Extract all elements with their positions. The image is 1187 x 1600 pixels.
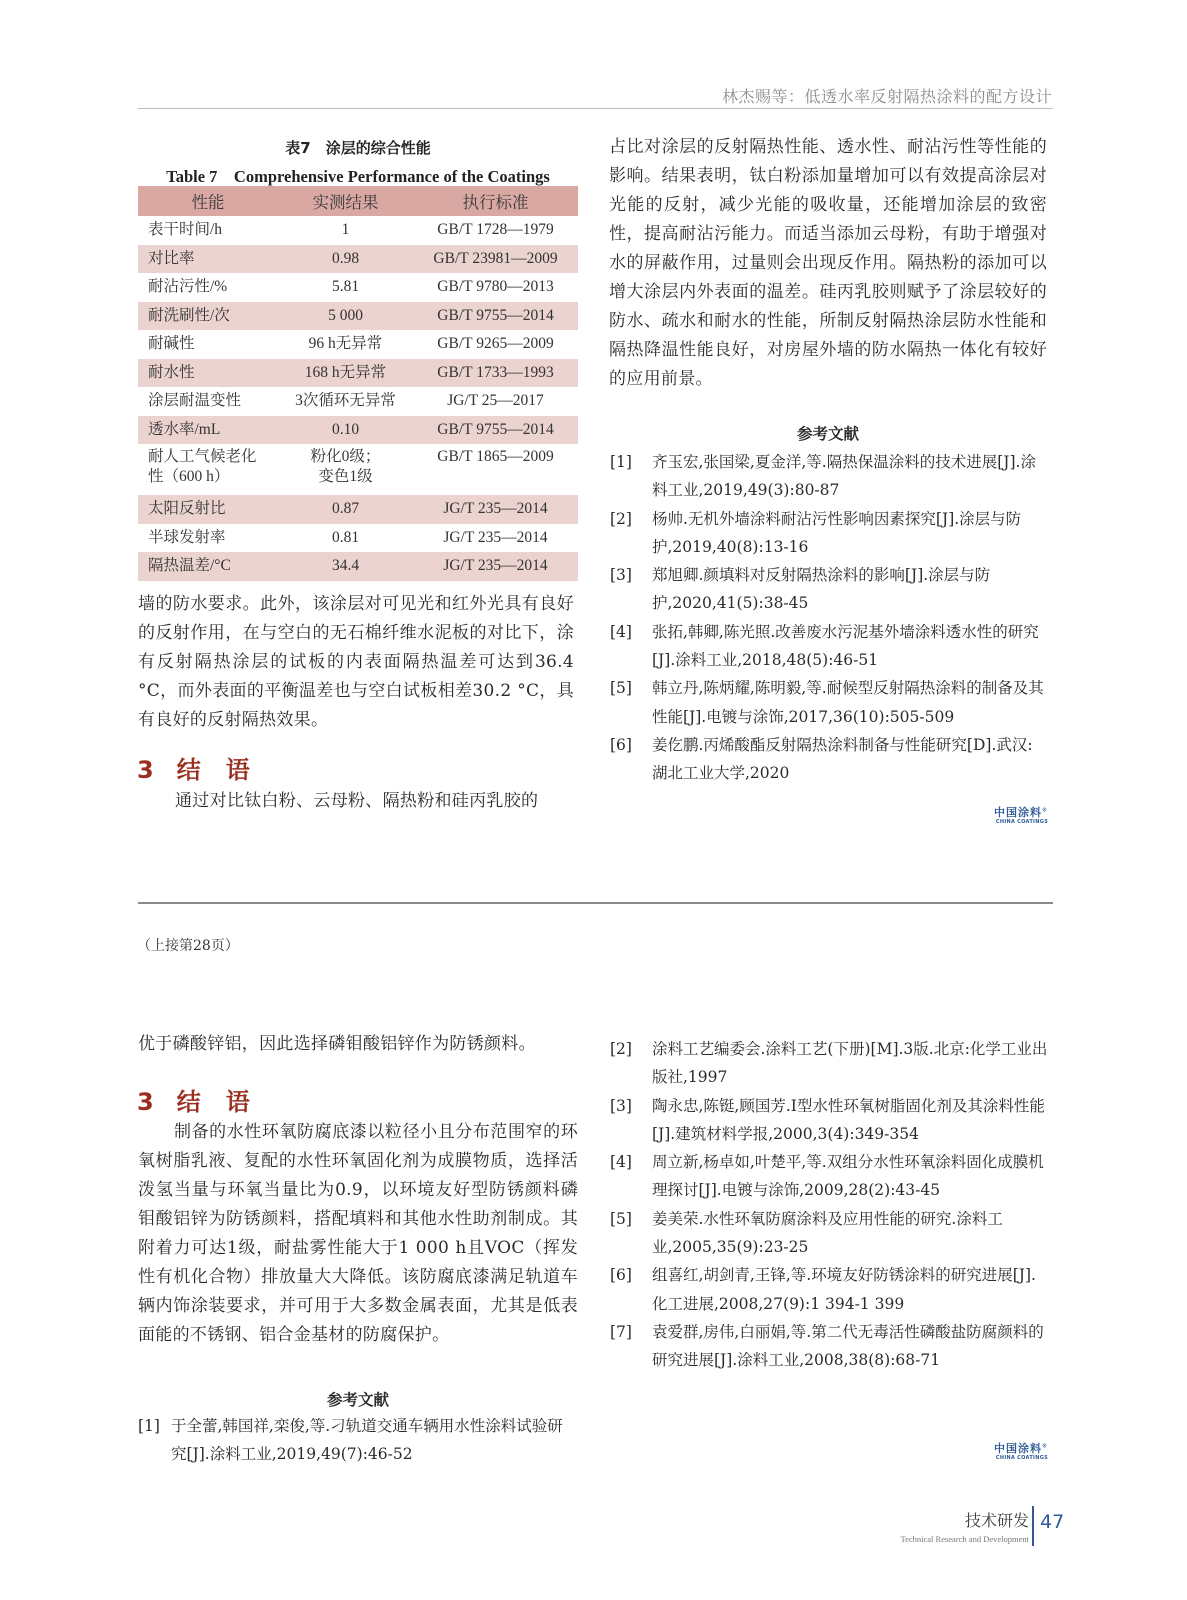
reference-text: 于全蕾,韩国祥,栾俊,等.刁轨道交通车辆用水性涂料试验研究[J].涂料工业,20… xyxy=(171,1417,563,1463)
continuation-note: （上接第28页） xyxy=(137,935,239,955)
column-header-standard: 执行标准 xyxy=(413,186,578,216)
registered-mark-icon: ® xyxy=(1042,807,1048,813)
reference-text: 周立新,杨卓如,叶楚平,等.双组分水性环氧涂料固化成膜机理探讨[J].电镀与涂饰… xyxy=(652,1153,1044,1199)
cell-measured: 0.98 xyxy=(278,245,413,274)
table-row: 涂层耐温变性 3次循环无异常 JG/T 25—2017 xyxy=(138,387,578,416)
cell-property: 半球发射率 xyxy=(138,524,278,553)
reference-number: [7] xyxy=(610,1318,632,1346)
cell-measured: 0.10 xyxy=(278,416,413,445)
reference-number: [3] xyxy=(610,561,632,589)
reference-item: [6]组喜红,胡剑青,王锋,等.环境友好防锈涂料的研究进展[J].化工进展,20… xyxy=(610,1261,1048,1318)
logo-text-cn: 中国涂料 xyxy=(994,806,1042,819)
reference-number: [2] xyxy=(610,505,632,533)
cell-standard: GB/T 1865—2009 xyxy=(413,444,578,495)
table-row: 耐洗刷性/次 5 000 GB/T 9755—2014 xyxy=(138,302,578,331)
cell-measured: 5.81 xyxy=(278,273,413,302)
table-row: 隔热温差/°C 34.4 JG/T 235—2014 xyxy=(138,552,578,581)
cell-standard: GB/T 1728—1979 xyxy=(413,216,578,245)
cell-property: 耐水性 xyxy=(138,359,278,388)
cell-property: 太阳反射比 xyxy=(138,495,278,524)
cell-measured: 5 000 xyxy=(278,302,413,331)
reference-number: [6] xyxy=(610,731,632,759)
reference-text: 韩立丹,陈炳耀,陈明毅,等.耐候型反射隔热涂料的制备及其性能[J].电镀与涂饰,… xyxy=(652,679,1044,725)
running-title: 林杰赐等：低透水率反射隔热涂料的配方设计 xyxy=(722,84,1052,107)
cell-measured: 3次循环无异常 xyxy=(278,387,413,416)
table-row: 透水率/mL 0.10 GB/T 9755—2014 xyxy=(138,416,578,445)
table-row: 耐沾污性/% 5.81 GB/T 9780—2013 xyxy=(138,273,578,302)
reference-text: 姜仡鹏.丙烯酸酯反射隔热涂料制备与性能研究[D].武汉:湖北工业大学,2020 xyxy=(652,736,1033,782)
reference-number: [4] xyxy=(610,618,632,646)
cell-property: 耐人工气候老化 性（600 h） xyxy=(138,444,278,495)
reference-text: 郑旭卿.颜填料对反射隔热涂料的影响[J].涂层与防护,2020,41(5):38… xyxy=(652,566,990,612)
section-title-char: 语 xyxy=(226,756,251,784)
references-title: 参考文献 xyxy=(138,1388,578,1410)
section-number: 3 xyxy=(137,1088,155,1116)
table-row: 耐碱性 96 h无异常 GB/T 9265—2009 xyxy=(138,330,578,359)
reference-number: [5] xyxy=(610,1205,632,1233)
cell-property: 隔热温差/°C xyxy=(138,552,278,581)
reference-number: [2] xyxy=(610,1035,632,1063)
reference-text: 组喜红,胡剑青,王锋,等.环境友好防锈涂料的研究进展[J].化工进展,2008,… xyxy=(652,1266,1036,1312)
cell-property: 表干时间/h xyxy=(138,216,278,245)
table-row: 对比率 0.98 GB/T 23981—2009 xyxy=(138,245,578,274)
reference-text: 陶永忠,陈铤,顾国芳.Ⅰ型水性环氧树脂固化剂及其涂料性能[J].建筑材料学报,2… xyxy=(652,1097,1045,1143)
cell-standard: GB/T 9265—2009 xyxy=(413,330,578,359)
cell-line: 耐人工气候老化 xyxy=(148,447,278,467)
cell-measured: 168 h无异常 xyxy=(278,359,413,388)
reference-number: [1] xyxy=(138,1412,160,1440)
reference-item: [2]涂料工艺编委会.涂料工艺(下册)[M].3版.北京:化学工业出版社,199… xyxy=(610,1035,1048,1092)
section-heading-conclusion: 3结语 xyxy=(137,1082,251,1117)
cell-standard: GB/T 9755—2014 xyxy=(413,416,578,445)
table-row: 耐水性 168 h无异常 GB/T 1733—1993 xyxy=(138,359,578,388)
cell-line: 粉化0级； xyxy=(278,447,413,467)
reference-text: 姜美荣.水性环氧防腐涂料及应用性能的研究.涂料工业,2005,35(9):23-… xyxy=(652,1210,1003,1256)
table-row: 半球发射率 0.81 JG/T 235—2014 xyxy=(138,524,578,553)
table-caption-cn: 表7 涂层的综合性能 xyxy=(138,137,578,158)
cell-property: 耐碱性 xyxy=(138,330,278,359)
performance-table: 性能 实测结果 执行标准 表干时间/h 1 GB/T 1728—1979 对比率… xyxy=(138,186,578,581)
reference-item: [3]郑旭卿.颜填料对反射隔热涂料的影响[J].涂层与防护,2020,41(5)… xyxy=(610,561,1048,618)
footer-section-title-cn: 技术研发 xyxy=(965,1508,1029,1531)
reference-item: [5]姜美荣.水性环氧防腐涂料及应用性能的研究.涂料工业,2005,35(9):… xyxy=(610,1205,1048,1262)
reference-item: [5]韩立丹,陈炳耀,陈明毅,等.耐候型反射隔热涂料的制备及其性能[J].电镀与… xyxy=(610,674,1048,731)
cell-standard: JG/T 25—2017 xyxy=(413,387,578,416)
reference-text: 杨帅.无机外墙涂料耐沾污性影响因素探究[J].涂层与防护,2019,40(8):… xyxy=(652,510,1021,556)
reference-text: 张拓,韩卿,陈光照.改善废水污泥基外墙涂料透水性的研究[J].涂料工业,2018… xyxy=(652,623,1039,669)
cell-property: 耐洗刷性/次 xyxy=(138,302,278,331)
conclusion-paragraph-start: 通过对比钛白粉、云母粉、隔热粉和硅丙乳胶的 xyxy=(175,787,575,816)
reference-number: [6] xyxy=(610,1261,632,1289)
reference-list: [1]于全蕾,韩国祥,栾俊,等.刁轨道交通车辆用水性涂料试验研究[J].涂料工业… xyxy=(138,1412,578,1469)
reference-item: [1]齐玉宏,张国梁,夏金洋,等.隔热保温涂料的技术进展[J].涂料工业,201… xyxy=(610,448,1048,505)
cell-standard: JG/T 235—2014 xyxy=(413,524,578,553)
reference-number: [3] xyxy=(610,1092,632,1120)
cell-property: 耐沾污性/% xyxy=(138,273,278,302)
reference-item: [2]杨帅.无机外墙涂料耐沾污性影响因素探究[J].涂层与防护,2019,40(… xyxy=(610,505,1048,562)
footer-divider-bar xyxy=(1032,1506,1034,1546)
cell-measured: 粉化0级； 变色1级 xyxy=(278,444,413,495)
cell-line: 变色1级 xyxy=(278,467,413,487)
table-caption-en: Table 7 Comprehensive Performance of the… xyxy=(138,163,578,187)
reference-number: [1] xyxy=(610,448,632,476)
reference-text: 袁爱群,房伟,白丽娟,等.第二代无毒活性磷酸盐防腐颜料的研究进展[J].涂料工业… xyxy=(652,1323,1044,1369)
cell-measured: 96 h无异常 xyxy=(278,330,413,359)
table-row: 表干时间/h 1 GB/T 1728—1979 xyxy=(138,216,578,245)
reference-item: [3]陶永忠,陈铤,顾国芳.Ⅰ型水性环氧树脂固化剂及其涂料性能[J].建筑材料学… xyxy=(610,1092,1048,1149)
cell-standard: GB/T 1733—1993 xyxy=(413,359,578,388)
china-coatings-logo: 中国涂料® CHINA COATINGS xyxy=(960,804,1048,825)
conclusion-paragraph-continued: 占比对涂层的反射隔热性能、透水性、耐沾污性等性能的影响。结果表明，钛白粉添加量增… xyxy=(609,133,1047,394)
logo-text-en: CHINA COATINGS xyxy=(960,819,1048,825)
reference-item: [6]姜仡鹏.丙烯酸酯反射隔热涂料制备与性能研究[D].武汉:湖北工业大学,20… xyxy=(610,731,1048,788)
cell-standard: GB/T 9755—2014 xyxy=(413,302,578,331)
section-title-char: 语 xyxy=(226,1088,251,1116)
header-rule xyxy=(138,108,1053,109)
logo-text-en: CHINA COATINGS xyxy=(960,1455,1048,1461)
section-number: 3 xyxy=(137,756,155,784)
footer-section-title-en: Technical Research and Development xyxy=(900,1534,1029,1544)
cell-measured: 1 xyxy=(278,216,413,245)
references-title: 参考文献 xyxy=(609,422,1047,444)
registered-mark-icon: ® xyxy=(1042,1443,1048,1449)
cell-standard: GB/T 23981—2009 xyxy=(413,245,578,274)
conclusion-paragraph: 制备的水性环氧防腐底漆以粒径小且分布范围窄的环氧树脂乳液、复配的水性环氧固化剂为… xyxy=(138,1118,578,1350)
cell-property: 对比率 xyxy=(138,245,278,274)
body-paragraph: 优于磷酸锌铝，因此选择磷钼酸铝锌作为防锈颜料。 xyxy=(138,1030,578,1059)
section-heading-conclusion: 3结语 xyxy=(137,750,251,785)
reference-text: 涂料工艺编委会.涂料工艺(下册)[M].3版.北京:化学工业出版社,1997 xyxy=(652,1040,1047,1086)
reference-item: [1]于全蕾,韩国祥,栾俊,等.刁轨道交通车辆用水性涂料试验研究[J].涂料工业… xyxy=(138,1412,578,1469)
page-number: 47 xyxy=(1040,1511,1064,1533)
reference-text: 齐玉宏,张国梁,夏金洋,等.隔热保温涂料的技术进展[J].涂料工业,2019,4… xyxy=(652,453,1036,499)
section-title-char: 结 xyxy=(177,756,202,784)
china-coatings-logo: 中国涂料® CHINA COATINGS xyxy=(960,1440,1048,1461)
cell-measured: 0.81 xyxy=(278,524,413,553)
cell-standard: JG/T 235—2014 xyxy=(413,552,578,581)
cell-property: 透水率/mL xyxy=(138,416,278,445)
reference-item: [7]袁爱群,房伟,白丽娟,等.第二代无毒活性磷酸盐防腐颜料的研究进展[J].涂… xyxy=(610,1318,1048,1375)
column-header-property: 性能 xyxy=(138,186,278,216)
reference-item: [4]周立新,杨卓如,叶楚平,等.双组分水性环氧涂料固化成膜机理探讨[J].电镀… xyxy=(610,1148,1048,1205)
article-divider xyxy=(138,902,1053,904)
table-row: 太阳反射比 0.87 JG/T 235—2014 xyxy=(138,495,578,524)
cell-measured: 0.87 xyxy=(278,495,413,524)
reference-item: [4]张拓,韩卿,陈光照.改善废水污泥基外墙涂料透水性的研究[J].涂料工业,2… xyxy=(610,618,1048,675)
reference-list: [1]齐玉宏,张国梁,夏金洋,等.隔热保温涂料的技术进展[J].涂料工业,201… xyxy=(610,448,1048,788)
cell-measured: 34.4 xyxy=(278,552,413,581)
column-header-measured: 实测结果 xyxy=(278,186,413,216)
cell-standard: GB/T 9780—2013 xyxy=(413,273,578,302)
logo-text-cn: 中国涂料 xyxy=(994,1442,1042,1455)
cell-standard: JG/T 235—2014 xyxy=(413,495,578,524)
table-row: 耐人工气候老化 性（600 h） 粉化0级； 变色1级 GB/T 1865—20… xyxy=(138,444,578,495)
table-header-row: 性能 实测结果 执行标准 xyxy=(138,186,578,216)
reference-number: [5] xyxy=(610,674,632,702)
cell-line: 性（600 h） xyxy=(148,467,278,487)
body-paragraph: 墙的防水要求。此外，该涂层对可见光和红外光具有良好的反射作用，在与空白的无石棉纤… xyxy=(138,590,574,735)
cell-property: 涂层耐温变性 xyxy=(138,387,278,416)
reference-number: [4] xyxy=(610,1148,632,1176)
section-title-char: 结 xyxy=(177,1088,202,1116)
reference-list: [2]涂料工艺编委会.涂料工艺(下册)[M].3版.北京:化学工业出版社,199… xyxy=(610,1035,1048,1375)
